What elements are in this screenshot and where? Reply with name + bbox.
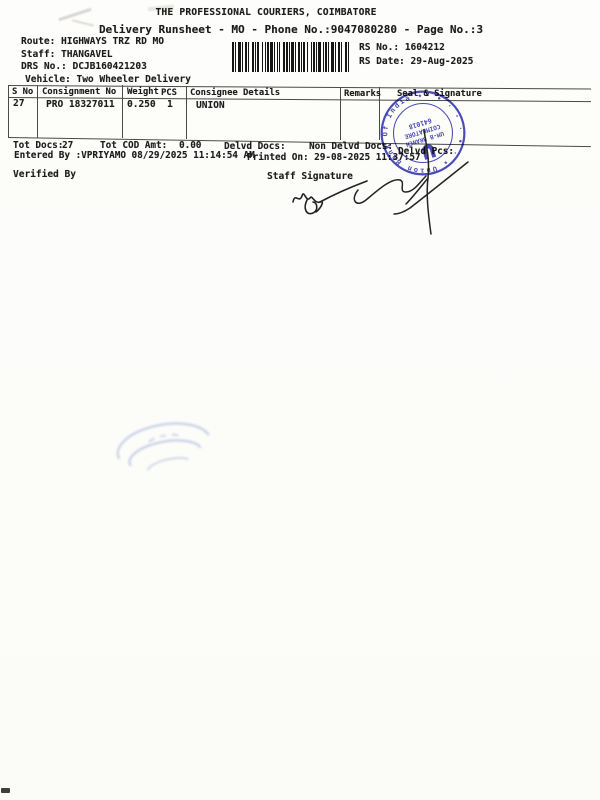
cell-pcs: 1 xyxy=(167,100,173,110)
col-header-weight: Weight xyxy=(127,88,159,97)
route-line: Route: HIGHWAYS TRZ RD MO xyxy=(21,37,164,47)
staff-line: Staff: THANGAVEL xyxy=(21,50,113,60)
cell-sno: 27 xyxy=(13,99,24,109)
receiver-signature-ink xyxy=(348,126,483,238)
ghost-stamp-icon xyxy=(106,408,223,486)
tot-docs-label: Tot Docs: xyxy=(13,141,63,150)
col-header-consignee: Consignee Details xyxy=(190,89,280,98)
verified-by-label: Verified By xyxy=(13,170,76,180)
entered-by-line: Entered By :VPRIYAMO 08/29/2025 11:14:54… xyxy=(14,151,255,160)
col-header-pcs: PCS xyxy=(161,89,177,98)
table-column-line xyxy=(8,85,9,138)
rs-date-line: RS Date: 29-Aug-2025 xyxy=(359,57,473,67)
cell-consignee: UNION xyxy=(196,101,225,111)
col-header-consignment: Consignment No xyxy=(42,88,116,97)
scanned-runsheet-page: THE PROFESSIONAL COURIERS, COIMBATORE De… xyxy=(0,0,600,800)
cell-weight: 0.250 xyxy=(127,100,156,110)
table-column-line xyxy=(122,85,123,138)
page-subtitle: Delivery Runsheet - MO - Phone No.:90470… xyxy=(0,24,582,35)
tot-cod-label: Tot COD Amt: xyxy=(100,141,167,150)
table-column-line xyxy=(37,85,38,138)
rs-no-line: RS No.: 1604212 xyxy=(359,43,445,53)
cell-consignment-no: PRO 18327011 xyxy=(46,100,115,110)
barcode-icon xyxy=(232,42,356,72)
drs-no-line: DRS No.: DCJB160421203 xyxy=(21,62,147,72)
tot-docs-value: 27 xyxy=(62,141,73,150)
table-bottom-border xyxy=(8,137,591,147)
col-header-sno: S No xyxy=(12,88,33,97)
page-title: THE PROFESSIONAL COURIERS, COIMBATORE xyxy=(0,8,532,18)
vehicle-line: Vehicle: Two Wheeler Delivery xyxy=(25,75,191,85)
table-column-line xyxy=(340,87,341,140)
scanner-corner-artifact xyxy=(1,788,10,793)
col-header-remarks: Remarks xyxy=(344,90,381,99)
table-column-line xyxy=(186,86,187,139)
